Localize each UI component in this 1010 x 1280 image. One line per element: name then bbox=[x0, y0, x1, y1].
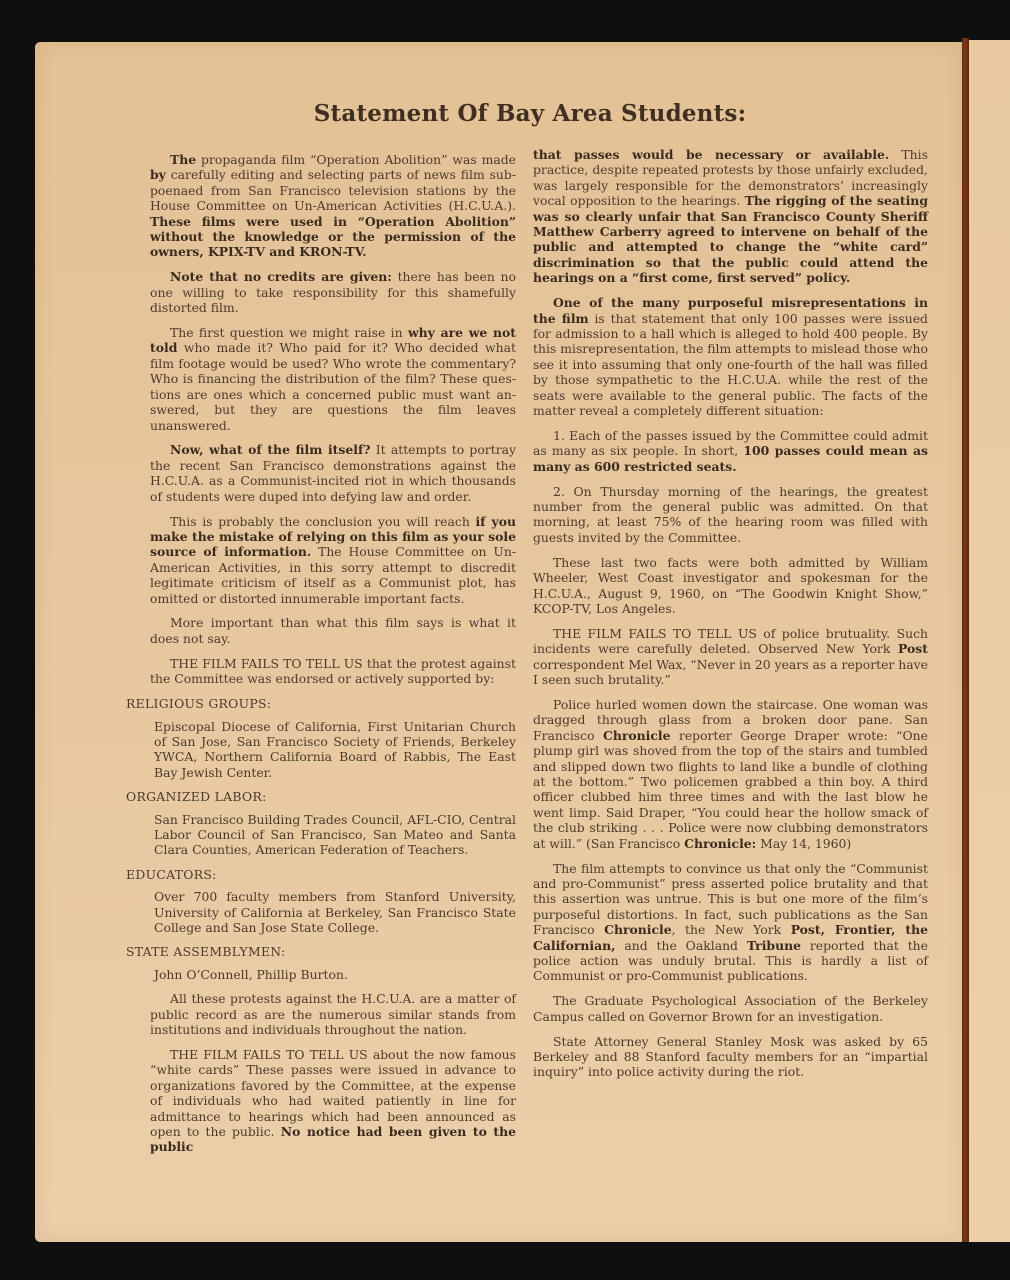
text: Episcopal Diocese of California, First U… bbox=[154, 719, 516, 780]
text: John O’Connell, Phillip Burton. bbox=[154, 967, 348, 982]
bold-text: Tribune bbox=[747, 938, 801, 953]
endorser-list: John O’Connell, Phillip Burton. bbox=[154, 967, 516, 982]
text: , the New York bbox=[672, 922, 791, 937]
text: ORGANIZED LABOR: bbox=[126, 789, 267, 804]
text: THE FILM FAILS TO TELL US that the prote… bbox=[150, 656, 516, 686]
text: The Graduate Psychological Association o… bbox=[533, 993, 928, 1023]
text: 2. On Thursday morning of the hearings, … bbox=[533, 484, 928, 545]
paragraph: The propaganda film “Operation Abolition… bbox=[150, 152, 516, 260]
text: carefully editing and selecting parts of… bbox=[150, 167, 516, 213]
text: All these protests against the H.C.U.A. … bbox=[150, 991, 516, 1037]
text: THE FILM FAILS TO TELL US of police brut… bbox=[533, 626, 928, 656]
paragraph: 2. On Thursday morning of the hearings, … bbox=[533, 484, 928, 546]
bold-text: Chronicle bbox=[603, 728, 671, 743]
section-heading: STATE ASSEMBLYMEN: bbox=[126, 944, 516, 959]
text: The first question we might raise in bbox=[170, 325, 408, 340]
text: Over 700 faculty members from Stanford U… bbox=[154, 889, 516, 935]
adjacent-page-edge bbox=[969, 40, 1010, 1242]
paragraph: One of the many purposeful misrepresenta… bbox=[533, 295, 928, 418]
paragraph: This is probably the conclusion you will… bbox=[150, 514, 516, 606]
paragraph: Now, what of the film itself? It attempt… bbox=[150, 442, 516, 504]
paragraph: THE FILM FAILS TO TELL US about the now … bbox=[150, 1047, 516, 1155]
text: More important than what this film says … bbox=[150, 615, 516, 645]
text: who made it? Who paid for it? Who decide… bbox=[150, 340, 516, 432]
paragraph: The film attempts to convince us that on… bbox=[533, 861, 928, 984]
section-heading: RELIGIOUS GROUPS: bbox=[126, 696, 516, 711]
paragraph: 1. Each of the passes issued by the Comm… bbox=[533, 428, 928, 474]
text: EDUCATORS: bbox=[126, 867, 217, 882]
paragraph: The first question we might raise in why… bbox=[150, 325, 516, 433]
text: correspondent Mel Wax, “Never in 20 year… bbox=[533, 657, 928, 687]
paragraph: More important than what this film says … bbox=[150, 615, 516, 646]
endorser-list: Episcopal Diocese of California, First U… bbox=[154, 719, 516, 781]
bold-text: Note that no credits are given: bbox=[170, 269, 392, 284]
left-column: The propaganda film “Operation Abolition… bbox=[150, 152, 516, 1164]
bold-text: Now, what of the film itself? bbox=[170, 442, 371, 457]
paragraph: Police hurled women down the staircase. … bbox=[533, 697, 928, 851]
paragraph: State Attorney General Stanley Mosk was … bbox=[533, 1034, 928, 1080]
page-title: Statement Of Bay Area Students: bbox=[0, 100, 1010, 127]
paragraph: THE FILM FAILS TO TELL US of police brut… bbox=[533, 626, 928, 688]
bold-text: by bbox=[150, 167, 166, 182]
text: This is probably the conclusion you will… bbox=[170, 514, 475, 529]
paragraph: These last two facts were both admitted … bbox=[533, 555, 928, 617]
paragraph: All these protests against the H.C.U.A. … bbox=[150, 991, 516, 1037]
paragraph: Note that no credits are given: there ha… bbox=[150, 269, 516, 315]
paragraph: THE FILM FAILS TO TELL US that the prote… bbox=[150, 656, 516, 687]
bold-text: Chronicle bbox=[604, 922, 672, 937]
text: State Attorney General Stanley Mosk was … bbox=[533, 1034, 928, 1080]
bold-text: Post bbox=[898, 641, 928, 656]
text: RELIGIOUS GROUPS: bbox=[126, 696, 271, 711]
endorser-list: Over 700 faculty members from Stanford U… bbox=[154, 889, 516, 935]
bold-text: The bbox=[170, 152, 196, 167]
paragraph: that passes would be necessary or availa… bbox=[533, 147, 928, 286]
section-heading: EDUCATORS: bbox=[126, 867, 516, 882]
text: reporter George Draper wrote: “One plump… bbox=[533, 728, 928, 851]
bold-text: that passes would be necessary or availa… bbox=[533, 147, 889, 162]
right-column: that passes would be necessary or availa… bbox=[533, 147, 928, 1089]
text: San Francisco Building Trades Council, A… bbox=[154, 812, 516, 858]
paragraph: The Graduate Psychological Association o… bbox=[533, 993, 928, 1024]
endorser-list: San Francisco Building Trades Council, A… bbox=[154, 812, 516, 858]
section-heading: ORGANIZED LABOR: bbox=[126, 789, 516, 804]
text: is that statement that only 100 passes w… bbox=[533, 311, 928, 418]
text: STATE ASSEMBLYMEN: bbox=[126, 944, 285, 959]
text: These last two facts were both admitted … bbox=[533, 555, 928, 616]
binding-spine bbox=[962, 38, 969, 1242]
text: May 14, 1960) bbox=[756, 836, 851, 851]
bold-text: These films were used in “Operation Abol… bbox=[150, 214, 516, 260]
bold-text: Chronicle: bbox=[684, 836, 756, 851]
text: propaganda film “Operation Abolition” wa… bbox=[196, 152, 516, 167]
text: and the Oakland bbox=[616, 938, 747, 953]
